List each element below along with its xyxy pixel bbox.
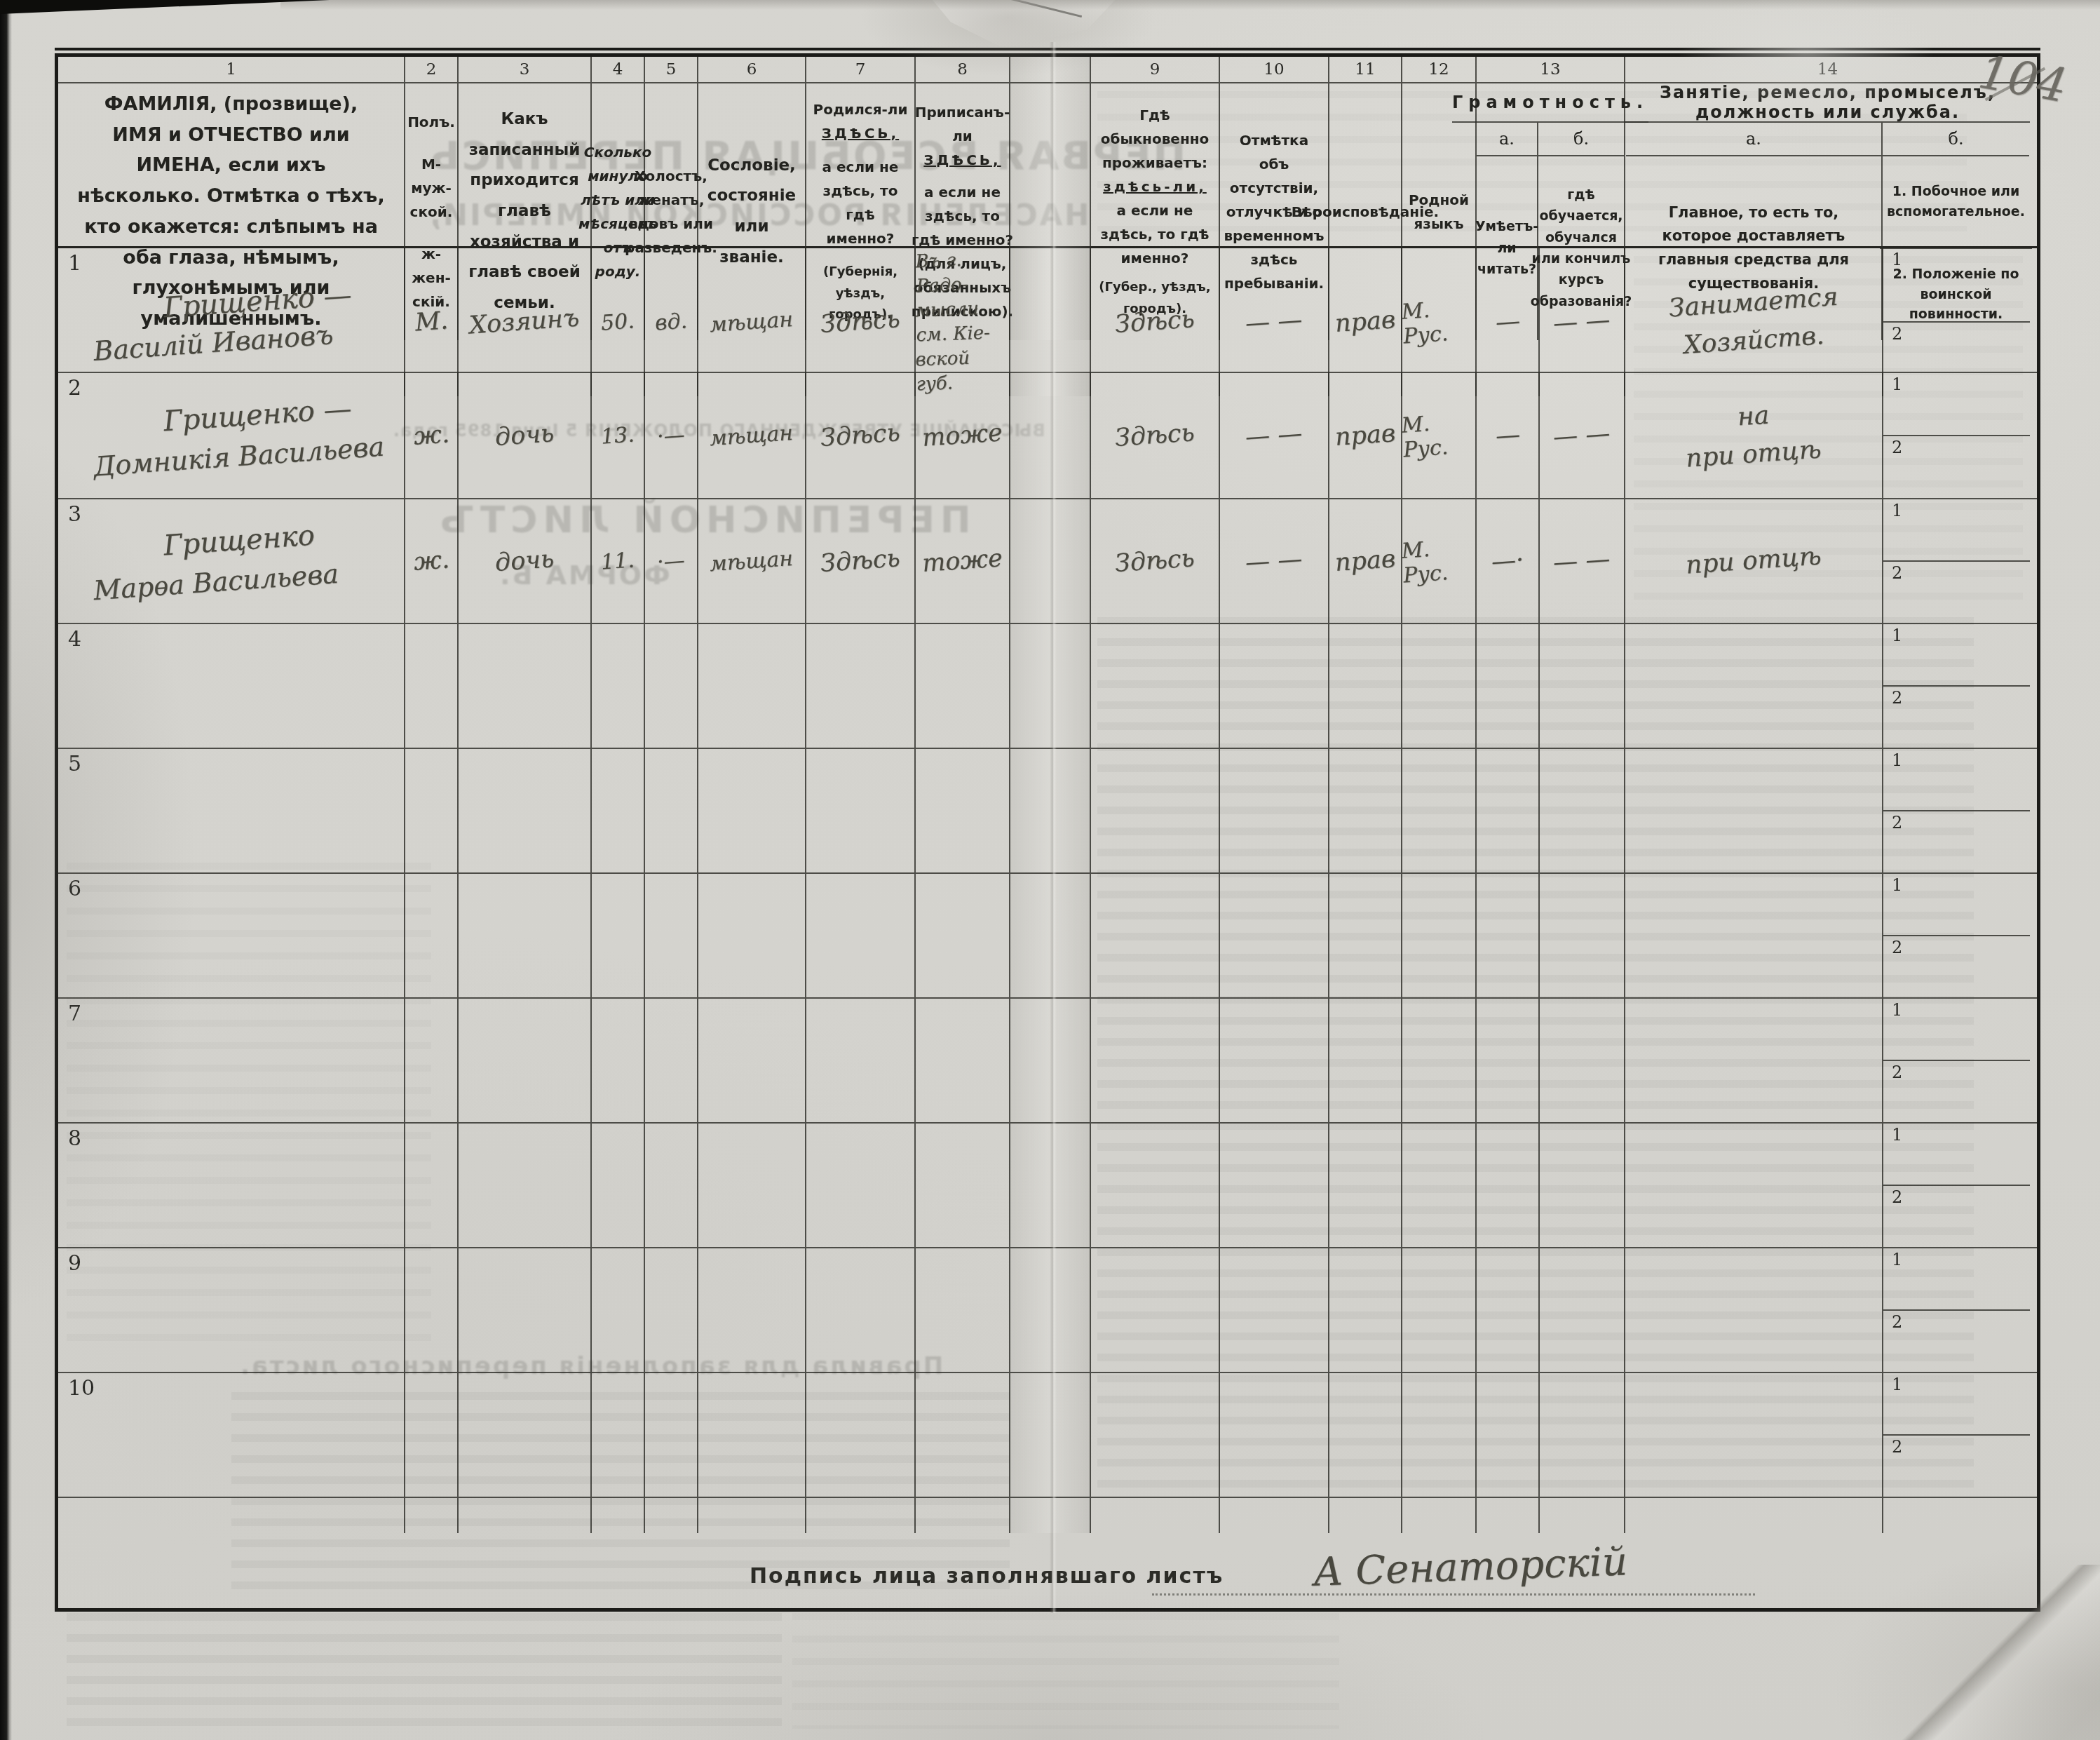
table-row: 3ГрищенкоМарѳа Васильеваж.дочь11.·—мѣщан… bbox=[58, 499, 2037, 624]
entry-registration: тоже bbox=[921, 419, 1003, 452]
header-occupation-b-item1: 1. Побочное или вспомогательное. bbox=[1880, 156, 2032, 249]
cell-name: 6 bbox=[58, 874, 405, 997]
cell-occupation-secondary: 12 bbox=[1883, 1248, 2030, 1372]
cell-religion bbox=[1329, 1248, 1402, 1372]
cell-occupation-main bbox=[1625, 1248, 1883, 1372]
cell-absence bbox=[1220, 624, 1329, 748]
cell-absence: — — bbox=[1220, 373, 1329, 498]
col-number: 6 bbox=[698, 57, 806, 82]
table-row: 1Грищенко —Василій ИвановъМ.Хозяинъ50.вд… bbox=[58, 248, 2037, 373]
cell-name: 5 bbox=[58, 749, 405, 872]
cell-literacy-read bbox=[1477, 1124, 1540, 1247]
table-row: 512 bbox=[58, 749, 2037, 874]
row-number: 2 bbox=[68, 376, 81, 400]
cell-relation bbox=[459, 1373, 592, 1497]
entry-marital: ·— bbox=[656, 422, 686, 449]
cell-religion bbox=[1329, 749, 1402, 872]
col-number: 8 bbox=[916, 57, 1010, 82]
bleed-lines bbox=[67, 1613, 782, 1729]
cell-registration bbox=[916, 624, 1010, 748]
header-occupation-a-label: а. bbox=[1626, 123, 1883, 156]
cell-estate bbox=[698, 624, 806, 748]
occupation-sub-2: 2 bbox=[1883, 1311, 2030, 1372]
cell-occupation-main bbox=[1625, 1498, 1883, 1533]
cell-age bbox=[592, 874, 645, 997]
cell-literacy-edu bbox=[1540, 874, 1625, 997]
entry-registration: Въ г. Радо- bbox=[915, 247, 1010, 299]
cell-relation bbox=[459, 749, 592, 872]
header-literacy-title: Грамотность. bbox=[1452, 83, 1648, 123]
cell-marital: ·— bbox=[645, 373, 698, 498]
cell-sex: ж. bbox=[405, 373, 459, 498]
cell-relation bbox=[459, 1124, 592, 1247]
cell-marital bbox=[645, 1373, 698, 1497]
cell-registration bbox=[916, 874, 1010, 997]
entry-surname: Грищенко — bbox=[163, 393, 353, 438]
cell-absence bbox=[1220, 749, 1329, 872]
cell-literacy-edu bbox=[1540, 1373, 1625, 1497]
signature-dotted-line bbox=[1152, 1593, 1755, 1596]
cell-language bbox=[1402, 1373, 1477, 1497]
cell-occupation-secondary: 12 bbox=[1883, 624, 2030, 748]
cell-marital: ·— bbox=[645, 499, 698, 623]
entry-literacy-read: — bbox=[1494, 307, 1521, 337]
occupation-sub-1: 1 bbox=[1883, 1124, 2030, 1186]
entry-given-name: Василій Ивановъ bbox=[93, 319, 334, 367]
sub-label-1: 1 bbox=[1892, 750, 1902, 770]
fold-crease bbox=[1050, 42, 1057, 1613]
cell-residence bbox=[1091, 874, 1220, 997]
cell-estate bbox=[698, 749, 806, 872]
cell-residence bbox=[1091, 624, 1220, 748]
entry-given-name: Марѳа Васильева bbox=[93, 558, 339, 606]
occupation-sub-1: 1 bbox=[1883, 999, 2030, 1061]
cell-occupation-secondary: 12 bbox=[1883, 1124, 2030, 1247]
sub-label-1: 1 bbox=[1892, 375, 1902, 394]
sub-label-2: 2 bbox=[1892, 438, 1902, 457]
cell-sex bbox=[405, 624, 459, 748]
entry-absence: — — bbox=[1245, 419, 1303, 452]
entry-religion: прав bbox=[1334, 306, 1397, 338]
table-row: 812 bbox=[58, 1124, 2037, 1248]
cell-relation: дочь bbox=[459, 499, 592, 623]
row-number: 7 bbox=[68, 1001, 81, 1026]
cell-sex bbox=[405, 1124, 459, 1247]
occupation-sub-1: 1 bbox=[1883, 749, 2030, 811]
entry-literacy-edu: — — bbox=[1552, 419, 1611, 452]
entry-language: М. Рус. bbox=[1401, 408, 1477, 462]
cell-estate: мѣщан bbox=[698, 499, 806, 623]
cell-age bbox=[592, 1248, 645, 1372]
entry-occupation: на bbox=[1737, 396, 1771, 436]
cell-literacy-read bbox=[1477, 1373, 1540, 1497]
cell-occupation-main: напри отцѣ bbox=[1625, 373, 1883, 498]
cell-sex bbox=[405, 999, 459, 1122]
header-registration-text: Приписанъ-ли bbox=[915, 100, 1010, 148]
sub-label-1: 1 bbox=[1892, 875, 1902, 895]
cell-absence bbox=[1220, 1498, 1329, 1533]
cell-occupation-main bbox=[1625, 624, 1883, 748]
cell-estate bbox=[698, 1498, 806, 1533]
entry-estate: мѣщан bbox=[709, 546, 794, 576]
cell-language bbox=[1402, 1248, 1477, 1372]
header-residence-emph: здѣсь-ли, bbox=[1103, 175, 1207, 198]
col-number: 7 bbox=[806, 57, 916, 82]
cell-literacy-read bbox=[1477, 874, 1540, 997]
entry-age: 11. bbox=[600, 548, 635, 574]
sub-label-2: 2 bbox=[1892, 563, 1902, 583]
row-number: 3 bbox=[68, 502, 81, 527]
cell-birthplace: Здѣсь bbox=[806, 373, 916, 498]
sub-label-2: 2 bbox=[1892, 324, 1902, 344]
cell-occupation-main: при отцѣ bbox=[1625, 499, 1883, 623]
cell-religion: прав bbox=[1329, 373, 1402, 498]
entry-sex: ж. bbox=[412, 546, 450, 576]
cell-absence bbox=[1220, 1248, 1329, 1372]
entry-birthplace: Здѣсь bbox=[820, 544, 901, 578]
col-number: 12 bbox=[1402, 57, 1477, 82]
table-row: 912 bbox=[58, 1248, 2037, 1373]
cell-registration bbox=[916, 999, 1010, 1122]
cell-language bbox=[1402, 749, 1477, 872]
entry-language: М. Рус. bbox=[1401, 534, 1477, 588]
cell-sex bbox=[405, 1373, 459, 1497]
entry-registration: тоже bbox=[921, 544, 1003, 578]
col-number: 5 bbox=[645, 57, 698, 82]
entry-residence: Здѣсь bbox=[1114, 305, 1195, 339]
cell-literacy-edu bbox=[1540, 1124, 1625, 1247]
cell-residence bbox=[1091, 1373, 1220, 1497]
cell-literacy-read bbox=[1477, 999, 1540, 1122]
cell-literacy-read bbox=[1477, 1498, 1540, 1533]
cell-language: М. Рус. bbox=[1402, 499, 1477, 623]
entry-language: М. Рус. bbox=[1401, 295, 1477, 349]
entry-relation: Хозяинъ bbox=[468, 304, 581, 340]
cell-estate bbox=[698, 1124, 806, 1247]
row-number: 6 bbox=[68, 877, 81, 901]
cell-birthplace bbox=[806, 1498, 916, 1533]
entry-surname: Грищенко bbox=[163, 520, 316, 562]
entry-literacy-edu: — — bbox=[1552, 545, 1611, 577]
header-sex-title: Полъ. bbox=[407, 110, 455, 134]
occupation-sub-2: 2 bbox=[1883, 687, 2030, 748]
cell-occupation-secondary: 12 bbox=[1883, 999, 2030, 1122]
cell-occupation-main bbox=[1625, 874, 1883, 997]
cell-literacy-read: — bbox=[1477, 373, 1540, 498]
occupation-sub-2: 2 bbox=[1883, 562, 2030, 623]
col-number: 11 bbox=[1329, 57, 1402, 82]
cell-residence: Здѣсь bbox=[1091, 373, 1220, 498]
cell-estate bbox=[698, 999, 806, 1122]
cell-relation: дочь bbox=[459, 373, 592, 498]
cell-language bbox=[1402, 624, 1477, 748]
col-number: 14 bbox=[1625, 57, 2030, 82]
sub-label-2: 2 bbox=[1892, 1437, 1902, 1457]
entry-absence: — — bbox=[1245, 545, 1303, 577]
entry-residence: Здѣсь bbox=[1114, 419, 1195, 452]
header-occupation-b-label: б. bbox=[1883, 123, 2029, 156]
col-number: 13 bbox=[1477, 57, 1625, 82]
entry-sex: М. bbox=[414, 307, 449, 337]
cell-birthplace bbox=[806, 999, 916, 1122]
cell-religion bbox=[1329, 874, 1402, 997]
header-residence-text: Гдѣ обыкновенно проживаетъ: bbox=[1095, 103, 1214, 175]
entry-surname: Грищенко — bbox=[163, 279, 353, 325]
cell-religion bbox=[1329, 1498, 1402, 1533]
cell-language: М. Рус. bbox=[1402, 373, 1477, 498]
cell-residence bbox=[1091, 1124, 1220, 1247]
cell-registration bbox=[916, 1498, 1010, 1533]
sub-label-2: 2 bbox=[1892, 688, 1902, 708]
cell-relation bbox=[459, 624, 592, 748]
header-row: ФАМИЛІЯ, (прозвище), ИМЯ и ОТЧЕСТВО или … bbox=[58, 83, 2037, 248]
table-row bbox=[58, 1498, 2037, 1533]
signature-label: Подпись лица заполнявшаго листъ bbox=[750, 1564, 1224, 1589]
cell-religion bbox=[1329, 1373, 1402, 1497]
scan-edge-left bbox=[0, 0, 12, 1740]
header-sex-male: М-муж-ской. bbox=[409, 152, 453, 224]
header-birthplace-emph: ЗДѢСЬ, bbox=[822, 121, 899, 145]
corner-fold bbox=[1862, 1565, 2100, 1740]
cell-marital bbox=[645, 874, 698, 997]
occupation-sub-2: 2 bbox=[1883, 1436, 2030, 1497]
entry-relation: дочь bbox=[494, 545, 555, 577]
cell-literacy-read bbox=[1477, 624, 1540, 748]
entry-sex: ж. bbox=[412, 420, 450, 450]
cell-age bbox=[592, 749, 645, 872]
row-number: 1 bbox=[68, 251, 81, 276]
cell-religion bbox=[1329, 999, 1402, 1122]
row-number: 10 bbox=[68, 1376, 95, 1401]
sub-label-1: 1 bbox=[1892, 1000, 1902, 1020]
cell-name: 4 bbox=[58, 624, 405, 748]
entry-given-name: Домникія Васильева bbox=[93, 431, 385, 483]
entry-religion: прав bbox=[1334, 419, 1397, 452]
entry-occupation: при отцѣ bbox=[1685, 537, 1823, 584]
entry-estate: мѣщан bbox=[709, 307, 794, 337]
cell-absence bbox=[1220, 874, 1329, 997]
table-row: 612 bbox=[58, 874, 2037, 999]
col-number: 2 bbox=[405, 57, 459, 82]
cell-marital bbox=[645, 1248, 698, 1372]
cell-residence bbox=[1091, 999, 1220, 1122]
header-literacy-b-label: б. bbox=[1538, 123, 1624, 156]
cell-absence bbox=[1220, 1373, 1329, 1497]
occupation-sub-2: 2 bbox=[1883, 436, 2030, 498]
cell-birthplace bbox=[806, 1248, 916, 1372]
cell-name: 9 bbox=[58, 1248, 405, 1372]
entry-birthplace: Здѣсь bbox=[820, 419, 901, 452]
occupation-sub-1: 1 bbox=[1883, 248, 2030, 323]
cell-sex: ж. bbox=[405, 499, 459, 623]
sub-label-2: 2 bbox=[1892, 813, 1902, 832]
enumerator-signature: А Сенаторскій bbox=[1313, 1539, 1628, 1596]
entry-literacy-read: —· bbox=[1491, 546, 1525, 576]
cell-relation bbox=[459, 1248, 592, 1372]
cell-sex bbox=[405, 1498, 459, 1533]
cell-literacy-read bbox=[1477, 749, 1540, 872]
entry-marital: вд. bbox=[654, 309, 688, 335]
entry-estate: мѣщан bbox=[709, 420, 794, 450]
sub-label-1: 1 bbox=[1892, 626, 1902, 645]
cell-registration: тоже bbox=[916, 373, 1010, 498]
row-number: 4 bbox=[68, 627, 81, 652]
cell-language bbox=[1402, 999, 1477, 1122]
cell-literacy-read: —· bbox=[1477, 499, 1540, 623]
sub-label-1: 1 bbox=[1892, 1375, 1902, 1394]
cell-registration: тоже bbox=[916, 499, 1010, 623]
census-table: 1 2 3 4 5 6 7 8 9 10 11 12 13 14 ФАМИЛІЯ… bbox=[55, 53, 2040, 1612]
row-number: 8 bbox=[68, 1126, 81, 1151]
cell-marital bbox=[645, 1498, 698, 1533]
entry-relation: дочь bbox=[494, 419, 555, 452]
entry-literacy-read: — bbox=[1494, 421, 1521, 450]
cell-literacy-edu: — — bbox=[1540, 499, 1625, 623]
cell-sex bbox=[405, 749, 459, 872]
cell-religion bbox=[1329, 624, 1402, 748]
cell-sex bbox=[405, 1248, 459, 1372]
occupation-sub-1: 1 bbox=[1883, 624, 2030, 687]
cell-language bbox=[1402, 874, 1477, 997]
occupation-sub-1: 1 bbox=[1883, 499, 2030, 562]
cell-occupation-main bbox=[1625, 999, 1883, 1122]
cell-age bbox=[592, 624, 645, 748]
cell-relation bbox=[459, 1498, 592, 1533]
sub-label-2: 2 bbox=[1892, 938, 1902, 957]
cell-estate bbox=[698, 1373, 806, 1497]
cell-name: 10 bbox=[58, 1373, 405, 1497]
cell-occupation-secondary: 12 bbox=[1883, 373, 2030, 498]
cell-estate: мѣщан bbox=[698, 373, 806, 498]
cell-age bbox=[592, 999, 645, 1122]
table-body: 1Грищенко —Василій ИвановъМ.Хозяинъ50.вд… bbox=[58, 248, 2037, 1533]
sub-label-2: 2 bbox=[1892, 1187, 1902, 1207]
cell-marital bbox=[645, 1124, 698, 1247]
cell-age bbox=[592, 1124, 645, 1247]
sub-label-2: 2 bbox=[1892, 1312, 1902, 1332]
sub-label-2: 2 bbox=[1892, 1063, 1902, 1082]
occupation-sub-1: 1 bbox=[1883, 1248, 2030, 1311]
table-row: 1012 bbox=[58, 1373, 2037, 1498]
sub-label-1: 1 bbox=[1892, 1125, 1902, 1145]
table-row: 412 bbox=[58, 624, 2037, 749]
col-number: 1 bbox=[58, 57, 405, 82]
cell-residence bbox=[1091, 749, 1220, 872]
header-literacy-a-label: а. bbox=[1477, 123, 1538, 156]
cell-language bbox=[1402, 1124, 1477, 1247]
entry-absence: — — bbox=[1245, 306, 1303, 338]
cell-residence bbox=[1091, 1248, 1220, 1372]
cell-occupation-main bbox=[1625, 1124, 1883, 1247]
cell-marital bbox=[645, 624, 698, 748]
entry-age: 13. bbox=[600, 422, 635, 449]
cell-relation bbox=[459, 999, 592, 1122]
cell-birthplace bbox=[806, 624, 916, 748]
occupation-sub-1: 1 bbox=[1883, 373, 2030, 436]
cell-occupation-secondary: 12 bbox=[1883, 749, 2030, 872]
cell-residence bbox=[1091, 1498, 1220, 1533]
col-number: 9 bbox=[1091, 57, 1220, 82]
occupation-sub-2: 2 bbox=[1883, 1186, 2030, 1247]
cell-registration bbox=[916, 1124, 1010, 1247]
header-registration-emph: ЗДѢСЬ, bbox=[923, 148, 1001, 172]
sub-label-1: 1 bbox=[1892, 1250, 1902, 1269]
census-sheet-scan: ПЕРВАЯ ВСЕОБЩАЯ ПЕРЕПИСЬ НАСЕЛЕНІЯ РОССІ… bbox=[0, 0, 2100, 1740]
cell-name: 3ГрищенкоМарѳа Васильева bbox=[58, 499, 405, 623]
cell-religion bbox=[1329, 1124, 1402, 1247]
col-number: 3 bbox=[459, 57, 592, 82]
cell-estate bbox=[698, 1248, 806, 1372]
cell-age: 13. bbox=[592, 373, 645, 498]
row-number: 5 bbox=[68, 752, 81, 776]
entry-marital: ·— bbox=[656, 548, 686, 574]
entry-religion: прав bbox=[1334, 545, 1397, 577]
cell-age bbox=[592, 1373, 645, 1497]
header-birthplace-text: Родился-ли bbox=[813, 97, 908, 121]
cell-name: 2Грищенко —Домникія Васильева bbox=[58, 373, 405, 498]
col-number: 4 bbox=[592, 57, 645, 82]
cell-absence: — — bbox=[1220, 499, 1329, 623]
cell-literacy-edu bbox=[1540, 1498, 1625, 1533]
cell-name bbox=[58, 1498, 405, 1533]
sub-label-1: 1 bbox=[1892, 250, 1902, 269]
signature-strip: Подпись лица заполнявшаго листъ А Сенато… bbox=[58, 1533, 2037, 1619]
cell-literacy-read bbox=[1477, 1248, 1540, 1372]
cell-literacy-edu bbox=[1540, 624, 1625, 748]
entry-residence: Здѣсь bbox=[1114, 544, 1195, 578]
cell-occupation-main bbox=[1625, 1373, 1883, 1497]
cell-age bbox=[592, 1498, 645, 1533]
cell-absence bbox=[1220, 999, 1329, 1122]
entry-age: 50. bbox=[600, 309, 635, 335]
cell-birthplace bbox=[806, 1373, 916, 1497]
row-number: 9 bbox=[68, 1251, 81, 1276]
cell-occupation-secondary: 12 bbox=[1883, 874, 2030, 997]
entry-birthplace: Здѣсь bbox=[820, 305, 901, 339]
cell-literacy-edu bbox=[1540, 749, 1625, 872]
entry-registration: мысли см. Кіе- bbox=[915, 296, 1010, 349]
paper-edge-top bbox=[280, 0, 2100, 10]
cell-registration bbox=[916, 749, 1010, 872]
cell-birthplace bbox=[806, 749, 916, 872]
col-number: 10 bbox=[1220, 57, 1329, 82]
cell-age: 11. bbox=[592, 499, 645, 623]
cell-literacy-edu bbox=[1540, 1248, 1625, 1372]
occupation-sub-1: 1 bbox=[1883, 1373, 2030, 1436]
cell-absence bbox=[1220, 1124, 1329, 1247]
cell-residence: Здѣсь bbox=[1091, 499, 1220, 623]
cell-name: 8 bbox=[58, 1124, 405, 1247]
cell-relation bbox=[459, 874, 592, 997]
entry-literacy-edu: — — bbox=[1552, 306, 1611, 338]
cell-religion: прав bbox=[1329, 499, 1402, 623]
table-row: 712 bbox=[58, 999, 2037, 1124]
cell-language bbox=[1402, 1498, 1477, 1533]
cell-occupation-secondary: 12 bbox=[1883, 499, 2030, 623]
table-row: 2Грищенко —Домникія Васильеваж.дочь13.·—… bbox=[58, 373, 2037, 499]
cell-sex bbox=[405, 874, 459, 997]
cell-registration bbox=[916, 1248, 1010, 1372]
header-occupation-title: Занятіе, ремесло, промыселъ, должность и… bbox=[1625, 83, 2030, 123]
column-number-row: 1 2 3 4 5 6 7 8 9 10 11 12 13 14 bbox=[58, 57, 2037, 83]
cell-marital bbox=[645, 749, 698, 872]
occupation-sub-1: 1 bbox=[1883, 874, 2030, 936]
cell-birthplace bbox=[806, 1124, 916, 1247]
cell-estate bbox=[698, 874, 806, 997]
occupation-sub-2: 2 bbox=[1883, 1061, 2030, 1122]
occupation-sub-2: 2 bbox=[1883, 811, 2030, 872]
cell-birthplace: Здѣсь bbox=[806, 499, 916, 623]
